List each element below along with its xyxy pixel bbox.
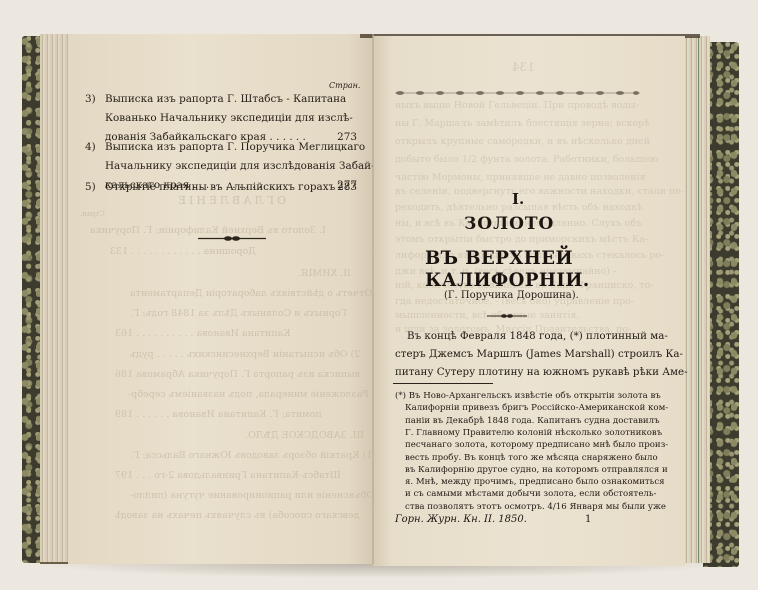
footnote-rule xyxy=(393,383,493,384)
footnote-line: и съ самыми мѣстами добычи золота, если … xyxy=(405,489,656,499)
gutter xyxy=(372,34,374,564)
bleed-line: Стран. xyxy=(80,210,105,218)
bleed-line: 1) Краткій обзоръ заводовъ Южнаго Вальсс… xyxy=(130,450,372,461)
footnote-line: весть пробу. Въ концѣ того же мѣсяца сна… xyxy=(405,453,658,463)
bleed-line: 2) Объ испытаніи Верхнесинскихъ . . . . … xyxy=(130,349,360,360)
footnote-line: въ Калифорнію другое судно, на которомъ … xyxy=(405,465,668,475)
chapter-number: I. xyxy=(512,190,524,208)
bleed-line: 2) Объясненіе или рационирование чугуна … xyxy=(130,490,387,501)
bleed-line: ныхъ выше Новой Гельвеціи. При проводѣ в… xyxy=(395,100,639,111)
toc-item-text: Выписка изъ рапорта Г. Поручика Меглицка… xyxy=(105,138,365,158)
bleed-line: 134 xyxy=(512,60,535,74)
bleed-line: этомъ открытіи быстро до приморскихъ мѣс… xyxy=(395,234,648,245)
footnote-line: Г. Главному Правителю колоній нѣсколько … xyxy=(405,428,662,438)
page-edges-right xyxy=(684,36,710,563)
bleed-line: помита; Г. Капитана Иванова . . . . . . … xyxy=(115,409,322,420)
ornament-border-icon xyxy=(395,90,640,96)
bleed-line: въ селеніи, подвергнуть его важности нах… xyxy=(395,186,684,197)
footnote-line: я. Мнѣ, между прочимъ, предписано было о… xyxy=(405,477,665,487)
signature-page-number: 1 xyxy=(585,514,591,525)
toc-item-number: 3) xyxy=(85,90,96,110)
footnote-line: ства позволятъ этотъ осмотръ. 4/16 Январ… xyxy=(405,502,666,512)
bleed-line: частію Мормоны, принявшіе не давно позво… xyxy=(395,172,646,183)
toc-item-text: Начальнику экспедиціи для изслѣдованія З… xyxy=(105,157,375,177)
bleed-line: 1) Отчетъ о дѣйствіяхъ лабораторіи Депар… xyxy=(130,288,385,299)
chapter-title-line1: ЗОЛОТО xyxy=(464,214,554,234)
bleed-line: II. ХИМІЯ. xyxy=(298,268,351,279)
footnote-line: (*) Въ Ново-Архангельскъ извѣстіе объ от… xyxy=(395,391,661,401)
toc-item-text: Выписка изъ рапорта Г. Штабсъ - Капитана xyxy=(105,90,346,110)
chapter-title-line2: ВЪ ВЕРХНЕЙ КАЛИФОРНІИ. xyxy=(425,247,741,291)
footnote-line: Калифорніи привезъ бригъ Россійско-Амери… xyxy=(405,403,668,413)
bleed-line: Штабсъ-Капитана Гринвальдова 2-го . . . … xyxy=(115,470,341,481)
bleed-line: открылъ крупные самородки, и въ нѣскольк… xyxy=(395,136,650,147)
page-column-label: Стран. xyxy=(329,81,360,90)
toc-item-number: 4) xyxy=(85,138,96,158)
bleed-line: III. ЗАВОДСКОЕ ДѢЛО. xyxy=(245,430,364,441)
bleed-line: ны Г. Маршалъ замѣтилъ блестящія зерна; … xyxy=(395,118,650,129)
bleed-line: выписка изъ рапорта Г. Поручика Абрамова… xyxy=(115,369,360,380)
toc-item-number: 5) xyxy=(85,178,96,198)
toc-item-text: Кованько Начальнику экспедиціи для изслѣ… xyxy=(105,109,353,129)
ornament-divider-icon xyxy=(198,236,266,241)
body-text-line: питану Сутеру плотину на южномъ рукавѣ р… xyxy=(395,366,688,378)
bleed-line: I. Золото въ Верхней Калифорніи; Г. Пору… xyxy=(90,225,326,236)
bleed-line: добыто было 1/2 фунта золота. Работники,… xyxy=(395,154,658,165)
footnote-line: паніи въ Декабрѣ 1848 года. Капитанъ суд… xyxy=(405,416,660,426)
ornament-divider-icon xyxy=(487,314,527,318)
footnote-line: песчанаго золота, которому предписано мн… xyxy=(405,440,668,450)
bleed-line: Капитана Иванова . . . . . . . . . . 163 xyxy=(115,328,291,339)
page-edges-left xyxy=(40,34,68,564)
toc-item-text: Открытіе платины въ Альпійскихъ горахъ .… xyxy=(105,178,348,198)
bleed-line: девскаго способа) въ случаяхъ печахъ на … xyxy=(115,510,360,521)
bleed-line: Дорошина . . . . . . . . . . . . 133 xyxy=(110,246,256,257)
chapter-byline: (Г. Поручика Дорошина). xyxy=(444,290,579,301)
body-text-line: Въ концѣ Февраля 1848 года, (*) плотинны… xyxy=(407,330,668,342)
journal-signature: Горн. Журн. Кн. II. 1850. xyxy=(395,514,527,525)
body-text-line: стеръ Джемсъ Маршлъ (James Marshall) стр… xyxy=(395,348,683,360)
bleed-line: 3) Разложеніе минерала, подъ названіемъ … xyxy=(128,389,382,400)
bleed-line: Горныхъ и Соляныхъ Дѣлъ за 1848 годъ; Г. xyxy=(130,308,347,319)
toc-item-page: 283 xyxy=(337,178,357,198)
